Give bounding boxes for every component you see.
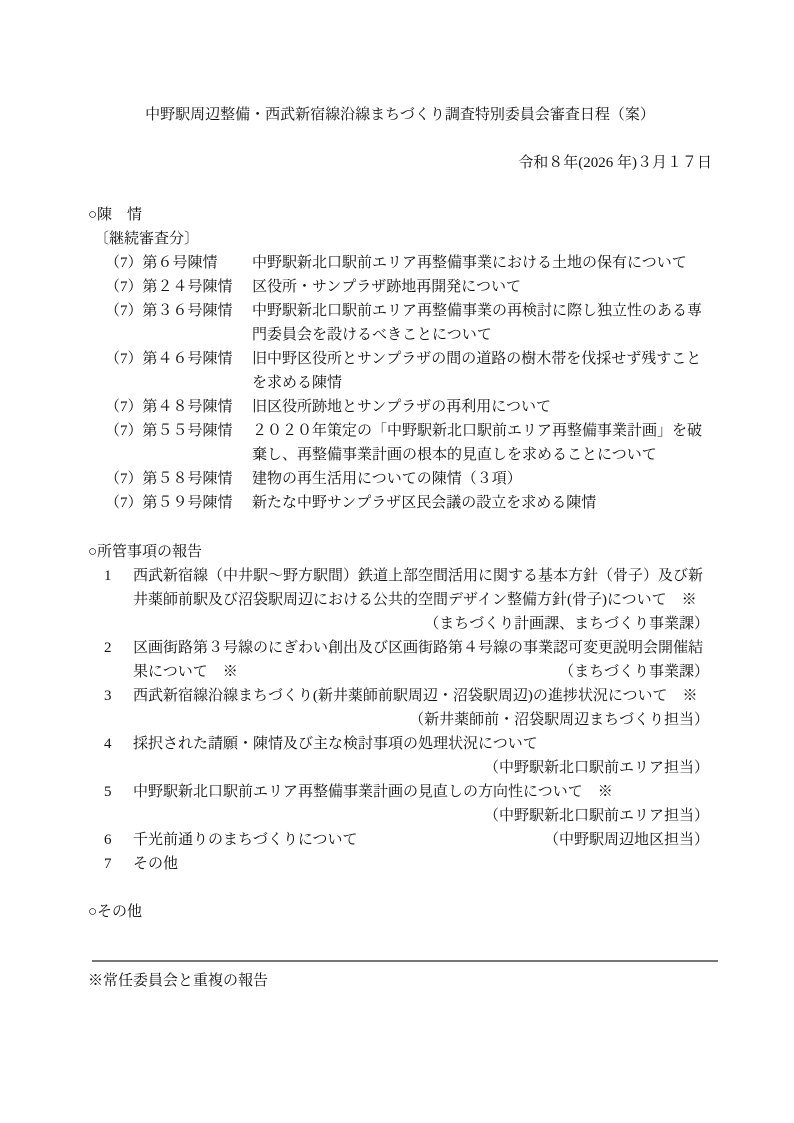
report-list: 1 西武新宿線（中井駅～野方駅間）鉄道上部空間活用に関する基本方針（骨子）及び新… bbox=[88, 564, 712, 876]
petitions-heading: ○陳 情 bbox=[88, 203, 712, 227]
reports-section: ○所管事項の報告 1 西武新宿線（中井駅～野方駅間）鉄道上部空間活用に関する基本… bbox=[88, 540, 712, 876]
petition-text: 旧中野区役所とサンプラザの間の道路の樹木帯を伐採せず残すことを求める陳情 bbox=[252, 347, 708, 395]
footnote-divider bbox=[92, 960, 718, 962]
petition-number: （7）第６号陳情 bbox=[105, 251, 252, 275]
petition-item: （7）第６号陳情 中野駅新北口駅前エリア再整備事業における土地の保有について bbox=[105, 251, 712, 275]
report-item: 7 その他 bbox=[104, 852, 712, 876]
report-item: 4 採択された請願・陳情及び主な検討事項の処理状況について （中野駅新北口駅前エ… bbox=[104, 732, 712, 780]
report-number: 7 bbox=[104, 852, 133, 876]
petition-number: （7）第５５号陳情 bbox=[105, 419, 252, 467]
report-number: 6 bbox=[104, 828, 133, 852]
petition-number: （7）第５９号陳情 bbox=[105, 491, 252, 515]
report-item: 3 西武新宿線沿線まちづくり(新井薬師前駅周辺・沼袋駅周辺)の進捗状況について … bbox=[104, 684, 712, 732]
petition-item: （7）第４６号陳情 旧中野区役所とサンプラザの間の道路の樹木帯を伐採せず残すこと… bbox=[105, 347, 712, 395]
report-text: 千光前通りのまちづくりについて bbox=[133, 832, 358, 848]
petition-text: ２０２０年策定の「中野駅新北口駅前エリア再整備事業計画」を破棄し、再整備事業計画… bbox=[252, 419, 708, 467]
report-number: 2 bbox=[104, 636, 133, 684]
report-body: 中野駅新北口駅前エリア再整備事業計画の見直しの方向性について ※ （中野駅新北口… bbox=[133, 780, 709, 828]
petition-item: （7）第２４号陳情 区役所・サンプラザ跡地再開発について bbox=[105, 275, 712, 299]
report-text: 西武新宿線（中井駅～野方駅間）鉄道上部空間活用に関する基本方針（骨子）及び新井薬… bbox=[133, 568, 703, 608]
others-heading: ○その他 bbox=[88, 900, 712, 924]
petition-text: 新たな中野サンプラザ区民会議の設立を求める陳情 bbox=[252, 491, 708, 515]
petition-number: （7）第４８号陳情 bbox=[105, 395, 252, 419]
footnote: ※常任委員会と重複の報告 bbox=[88, 969, 712, 993]
petition-item: （7）第４８号陳情 旧区役所跡地とサンプラザの再利用について bbox=[105, 395, 712, 419]
report-department: （中野駅周辺地区担当） bbox=[544, 828, 709, 852]
report-body: 西武新宿線沿線まちづくり(新井薬師前駅周辺・沼袋駅周辺)の進捗状況について ※ … bbox=[133, 684, 709, 732]
report-body: 区画街路第３号線のにぎわい創出及び区画街路第４号線の事業認可変更説明会開催結果に… bbox=[133, 636, 709, 684]
report-number: 3 bbox=[104, 684, 133, 732]
report-number: 4 bbox=[104, 732, 133, 780]
petition-number: （7）第２４号陳情 bbox=[105, 275, 252, 299]
petition-text: 区役所・サンプラザ跡地再開発について bbox=[252, 275, 708, 299]
report-department: （新井薬師前・沼袋駅周辺まちづくり担当） bbox=[133, 708, 709, 732]
report-number: 5 bbox=[104, 780, 133, 828]
petition-text: 建物の再生活用についての陳情（３項） bbox=[252, 467, 708, 491]
report-body: 西武新宿線（中井駅～野方駅間）鉄道上部空間活用に関する基本方針（骨子）及び新井薬… bbox=[133, 564, 709, 636]
report-department: （中野駅新北口駅前エリア担当） bbox=[133, 756, 709, 780]
report-department: （まちづくり計画課、まちづくり事業課） bbox=[133, 612, 709, 636]
petition-number: （7）第４６号陳情 bbox=[105, 347, 252, 395]
report-text: その他 bbox=[133, 856, 178, 872]
report-item: 1 西武新宿線（中井駅～野方駅間）鉄道上部空間活用に関する基本方針（骨子）及び新… bbox=[104, 564, 712, 636]
petition-item: （7）第５９号陳情 新たな中野サンプラザ区民会議の設立を求める陳情 bbox=[105, 491, 712, 515]
report-item: 2 区画街路第３号線のにぎわい創出及び区画街路第４号線の事業認可変更説明会開催結… bbox=[104, 636, 712, 684]
report-text: 西武新宿線沿線まちづくり(新井薬師前駅周辺・沼袋駅周辺)の進捗状況について ※ bbox=[133, 688, 698, 704]
petition-text: 中野駅新北口駅前エリア再整備事業における土地の保有について bbox=[252, 251, 708, 275]
petition-text: 旧区役所跡地とサンプラザの再利用について bbox=[252, 395, 708, 419]
report-text: 中野駅新北口駅前エリア再整備事業計画の見直しの方向性について ※ bbox=[133, 784, 613, 800]
petition-number: （7）第３６号陳情 bbox=[105, 299, 252, 347]
document-page: { "document": { "title": "中野駅周辺整備・西武新宿線沿… bbox=[0, 0, 794, 1123]
petitions-subheading: 〔継続審査分〕 bbox=[94, 227, 712, 251]
report-text: 採択された請願・陳情及び主な検討事項の処理状況について bbox=[133, 736, 538, 752]
petition-item: （7）第３６号陳情 中野駅新北口駅前エリア再整備事業の再検討に際し独立性のある専… bbox=[105, 299, 712, 347]
report-department: （まちづくり事業課） bbox=[559, 660, 709, 684]
petition-item: （7）第５８号陳情 建物の再生活用についての陳情（３項） bbox=[105, 467, 712, 491]
report-number: 1 bbox=[104, 564, 133, 636]
document-date: 令和８年(2026 年)３月１７日 bbox=[88, 151, 712, 175]
report-item: 5 中野駅新北口駅前エリア再整備事業計画の見直しの方向性について ※ （中野駅新… bbox=[104, 780, 712, 828]
reports-heading: ○所管事項の報告 bbox=[88, 540, 712, 564]
report-body: 採択された請願・陳情及び主な検討事項の処理状況について （中野駅新北口駅前エリア… bbox=[133, 732, 709, 780]
report-department: （中野駅新北口駅前エリア担当） bbox=[133, 804, 709, 828]
report-body: その他 bbox=[133, 852, 709, 876]
petition-number: （7）第５８号陳情 bbox=[105, 467, 252, 491]
petition-list: （7）第６号陳情 中野駅新北口駅前エリア再整備事業における土地の保有について （… bbox=[88, 251, 712, 515]
petition-item: （7）第５５号陳情 ２０２０年策定の「中野駅新北口駅前エリア再整備事業計画」を破… bbox=[105, 419, 712, 467]
petition-text: 中野駅新北口駅前エリア再整備事業の再検討に際し独立性のある専門委員会を設けるべき… bbox=[252, 299, 708, 347]
petitions-section: ○陳 情 〔継続審査分〕 （7）第６号陳情 中野駅新北口駅前エリア再整備事業にお… bbox=[88, 203, 712, 515]
page-title: 中野駅周辺整備・西武新宿線沿線まちづくり調査特別委員会審査日程（案） bbox=[88, 103, 712, 127]
report-item: 6 千光前通りのまちづくりについて （中野駅周辺地区担当） bbox=[104, 828, 712, 852]
report-body: 千光前通りのまちづくりについて （中野駅周辺地区担当） bbox=[133, 828, 709, 852]
